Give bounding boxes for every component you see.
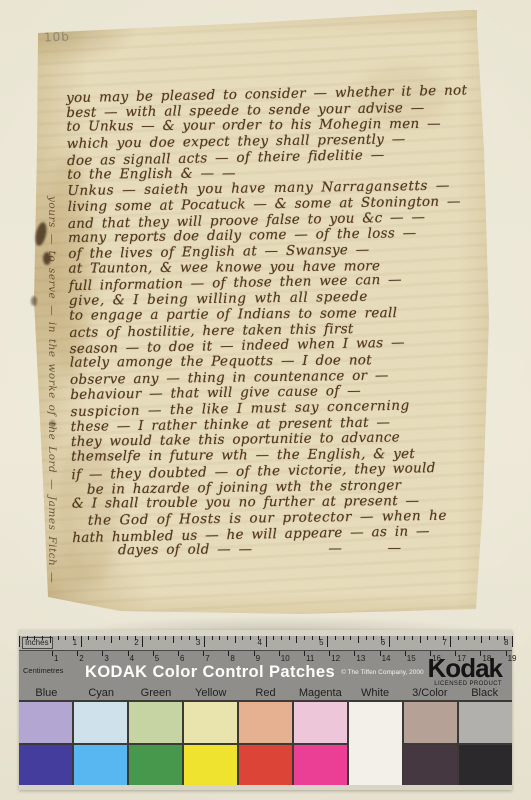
ruler-tick: [65, 636, 66, 640]
color-patch-black-dark: [459, 745, 512, 786]
ruler-tick: [173, 636, 174, 643]
ruler-tick: [81, 636, 82, 647]
ruler-tick: [96, 636, 97, 640]
patch-label: Magenta: [293, 687, 348, 700]
ruler-tick: [204, 636, 205, 647]
patch-column: [184, 702, 237, 785]
ruler-tick: [312, 636, 313, 640]
centimetres-label: Centimetres: [23, 666, 63, 675]
ruler-tick: [127, 636, 128, 640]
ruler-tick: [350, 636, 351, 640]
ruler-tick: [189, 636, 190, 640]
patch-column: [239, 702, 292, 785]
patch-column: [129, 702, 182, 785]
cm-number: 3: [104, 654, 108, 663]
ruler-tick: [50, 636, 51, 643]
cm-number: 14: [382, 654, 391, 663]
ruler-tick: [88, 636, 89, 640]
kodak-title: KODAK Color Control Patches© The Tiffen …: [85, 663, 424, 682]
ruler-tick: [104, 636, 105, 640]
color-patch-green-dark: [129, 745, 182, 786]
kodak-title-text: KODAK Color Control Patches: [85, 663, 335, 681]
cm-tick: [77, 651, 78, 656]
ruler-tick: [389, 636, 390, 647]
patch-label: Red: [238, 687, 293, 700]
kodak-logo: Kodak: [428, 656, 502, 680]
cm-number: 8: [230, 654, 234, 663]
ruler-tick: [397, 636, 398, 640]
cm-number: 15: [407, 654, 416, 663]
cm-number: 13: [356, 654, 365, 663]
inch-number: 1: [73, 638, 77, 647]
ruler-tick: [512, 636, 513, 647]
color-patch-cyan-dark: [74, 745, 127, 786]
cm-tick: [228, 651, 229, 656]
patch-label: Black: [457, 687, 512, 700]
color-patch-cyan-light: [74, 702, 127, 743]
manuscript-line: to engage a partie of Indians to some re…: [69, 305, 493, 324]
cm-number: 9: [256, 654, 260, 663]
ink-smudge: [31, 296, 37, 306]
cm-number: 6: [180, 654, 184, 663]
inch-number: 4: [258, 638, 262, 647]
cm-number: 11: [306, 654, 314, 663]
ruler-tick: [427, 636, 428, 640]
ruler-tick: [404, 636, 405, 640]
ruler-tick: [366, 636, 367, 640]
inch-number: 6: [381, 638, 385, 647]
ruler-tick: [289, 636, 290, 640]
photo: 10b you may be pleased to consider — whe…: [0, 0, 531, 800]
color-patch-white: [349, 702, 402, 785]
cm-tick: [102, 651, 103, 656]
ruler-tick: [181, 636, 182, 640]
cm-tick: [178, 651, 179, 656]
color-bar-shadow: [0, 610, 531, 632]
ruler-tick: [327, 636, 328, 647]
ruler-tick: [435, 636, 436, 640]
color-patch-green-light: [129, 702, 182, 743]
manuscript-line: lately amonge the Pequotts — I doe not: [70, 352, 494, 371]
ruler-tick: [474, 636, 475, 640]
cm-number: 5: [155, 654, 159, 663]
patch-column: [294, 702, 347, 785]
patch-label: Yellow: [183, 687, 238, 700]
color-patch-magenta-light: [294, 702, 347, 743]
cm-tick: [304, 651, 305, 656]
ink-smudge: [43, 252, 51, 265]
ruler-tick: [142, 636, 143, 647]
ruler-tick: [343, 636, 344, 640]
inch-number: 2: [134, 638, 138, 647]
ruler-tick: [420, 636, 421, 643]
cm-tick: [506, 651, 507, 656]
ruler-tick: [219, 636, 220, 640]
ruler-tick: [281, 636, 282, 640]
ruler-tick: [497, 636, 498, 640]
patch-column: [349, 702, 402, 785]
cm-number: 12: [331, 654, 340, 663]
ruler-tick: [450, 636, 451, 647]
patch-column: [459, 702, 512, 785]
ruler-tick: [412, 636, 413, 640]
cm-tick: [52, 651, 53, 656]
ruler-tick: [373, 636, 374, 640]
manuscript-text: you may be pleased to consider — whether…: [66, 84, 497, 561]
ruler-tick: [250, 636, 251, 640]
color-patch-3/color-dark: [404, 745, 457, 786]
ink-smudge: [50, 420, 55, 428]
patch-column: [74, 702, 127, 785]
cm-number: 7: [205, 654, 209, 663]
ruler-tick: [304, 636, 305, 640]
kodak-copyright: © The Tiffen Company, 2000: [341, 669, 423, 676]
inch-number: 5: [319, 638, 323, 647]
patch-label: White: [348, 687, 403, 700]
cm-number: 19: [508, 654, 517, 663]
cm-tick: [329, 651, 330, 656]
patch-labels-row: BlueCyanGreenYellowRedMagentaWhite3/Colo…: [19, 687, 512, 700]
cm-number: 2: [79, 654, 83, 663]
patch-label: Cyan: [74, 687, 129, 700]
color-patch-3/color-light: [404, 702, 457, 743]
ruler-tick: [42, 636, 43, 640]
ruler-tick: [296, 636, 297, 643]
kodak-color-bar: Inches 12345678 123456789101112131415161…: [19, 630, 512, 790]
ruler-tick: [489, 636, 490, 640]
ruler-tick: [273, 636, 274, 640]
color-patch-blue-light: [19, 702, 72, 743]
margin-signature: yours — to serve — in the worke of the L…: [46, 196, 58, 526]
ruler-tick: [158, 636, 159, 640]
color-patch-black-light: [459, 702, 512, 743]
ruler-tick: [242, 636, 243, 640]
ruler-tick: [19, 636, 20, 647]
ruler-tick: [335, 636, 336, 640]
inch-number: 8: [504, 638, 508, 647]
cm-tick: [380, 651, 381, 656]
patch-label: Green: [129, 687, 184, 700]
patch-column: [19, 702, 72, 785]
color-patch-magenta-dark: [294, 745, 347, 786]
cm-tick: [128, 651, 129, 656]
ruler-tick: [58, 636, 59, 640]
color-patch-yellow-light: [184, 702, 237, 743]
cm-tick: [405, 651, 406, 656]
cm-tick: [153, 651, 154, 656]
patch-grid: [19, 700, 512, 785]
cm-number: 10: [281, 654, 290, 663]
inch-ruler: Inches 12345678: [19, 636, 512, 651]
cm-number: 1: [54, 654, 58, 663]
ruler-tick: [358, 636, 359, 643]
color-patch-yellow-dark: [184, 745, 237, 786]
ruler-tick: [266, 636, 267, 647]
color-patch-blue-dark: [19, 745, 72, 786]
cm-tick: [279, 651, 280, 656]
ruler-tick: [212, 636, 213, 640]
ruler-tick: [165, 636, 166, 640]
page-number-annotation: 10b: [44, 30, 70, 45]
inch-number: 3: [196, 638, 200, 647]
ruler-tick: [150, 636, 151, 640]
patch-label: Blue: [19, 687, 74, 700]
cm-tick: [203, 651, 204, 656]
inch-number: 7: [442, 638, 446, 647]
patch-label: 3/Color: [402, 687, 457, 700]
ruler-tick: [481, 636, 482, 643]
ruler-tick: [119, 636, 120, 640]
bar-bottom-edge: [19, 785, 512, 790]
cm-tick: [354, 651, 355, 656]
color-patch-red-dark: [239, 745, 292, 786]
cm-tick: [254, 651, 255, 656]
color-patch-red-light: [239, 702, 292, 743]
patch-column: [404, 702, 457, 785]
ruler-tick: [27, 636, 28, 640]
ruler-tick: [227, 636, 228, 640]
manuscript-line: to the English & — —: [67, 164, 491, 183]
ruler-tick: [458, 636, 459, 640]
ruler-tick: [111, 636, 112, 643]
cm-number: 4: [130, 654, 134, 663]
ruler-tick: [34, 636, 35, 640]
ruler-tick: [466, 636, 467, 640]
ruler-tick: [235, 636, 236, 643]
